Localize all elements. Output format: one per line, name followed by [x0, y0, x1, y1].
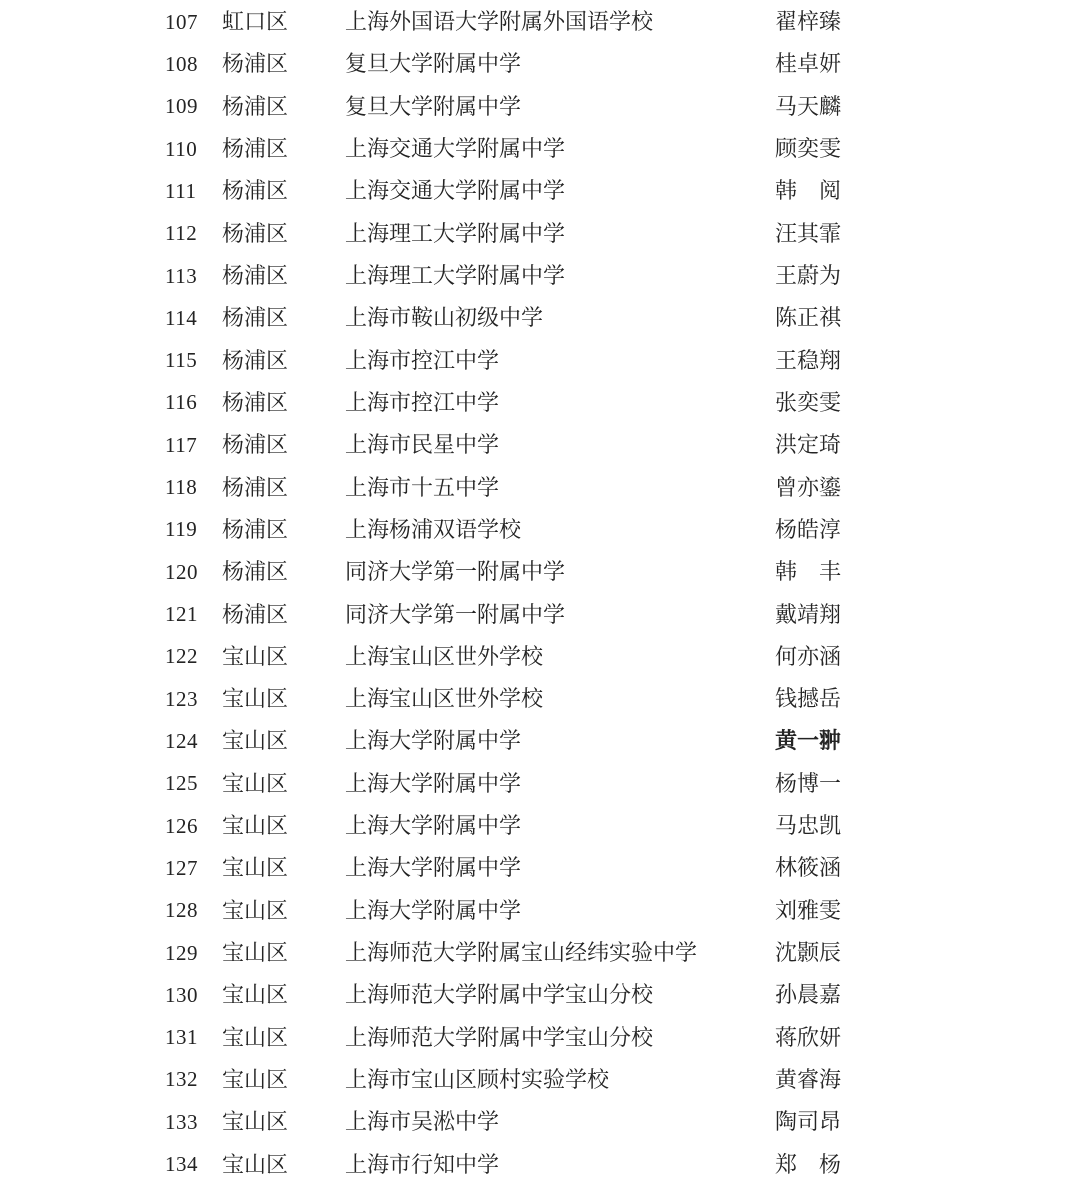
- district-cell: 宝山区: [222, 1027, 345, 1049]
- row-number: 134: [165, 1154, 222, 1175]
- row-number: 116: [165, 392, 222, 413]
- school-cell: 上海交通大学附属中学: [345, 180, 775, 202]
- row-number: 109: [165, 96, 222, 117]
- district-cell: 宝山区: [222, 984, 345, 1006]
- student-name-cell: 孙晨嘉: [775, 984, 867, 1006]
- row-number: 110: [165, 139, 222, 160]
- table-row: 109 杨浦区 复旦大学附属中学 马天麟: [0, 86, 1080, 128]
- district-cell: 宝山区: [222, 688, 345, 710]
- student-name-cell: 曾亦鎏: [775, 477, 867, 499]
- district-cell: 杨浦区: [222, 519, 345, 541]
- table-row: 111 杨浦区 上海交通大学附属中学 韩 阅: [0, 170, 1080, 212]
- row-number: 115: [165, 350, 222, 371]
- district-cell: 宝山区: [222, 1154, 345, 1176]
- row-number: 121: [165, 604, 222, 625]
- table-row: 119 杨浦区 上海杨浦双语学校 杨皓淳: [0, 509, 1080, 551]
- table-row: 120 杨浦区 同济大学第一附属中学 韩 丰: [0, 551, 1080, 593]
- student-name-cell: 汪其霏: [775, 223, 867, 245]
- district-cell: 宝山区: [222, 773, 345, 795]
- table-row: 132 宝山区 上海市宝山区顾村实验学校 黄睿海: [0, 1059, 1080, 1101]
- school-cell: 上海大学附属中学: [345, 900, 775, 922]
- school-cell: 上海交通大学附属中学: [345, 138, 775, 160]
- row-number: 113: [165, 266, 222, 287]
- district-cell: 宝山区: [222, 815, 345, 837]
- row-number: 112: [165, 223, 222, 244]
- district-cell: 虹口区: [222, 11, 345, 33]
- table-row: 125 宝山区 上海大学附属中学 杨博一: [0, 763, 1080, 805]
- student-name-cell: 黄一翀: [775, 730, 867, 752]
- table-row: 129 宝山区 上海师范大学附属宝山经纬实验中学 沈颢辰: [0, 932, 1080, 974]
- row-number: 119: [165, 519, 222, 540]
- table-row: 134 宝山区 上海市行知中学 郑 杨: [0, 1143, 1080, 1185]
- school-cell: 同济大学第一附属中学: [345, 604, 775, 626]
- student-name-cell: 陶司昂: [775, 1111, 867, 1133]
- row-number: 123: [165, 689, 222, 710]
- student-name-cell: 韩 阅: [775, 180, 867, 202]
- table-row: 118 杨浦区 上海市十五中学 曾亦鎏: [0, 466, 1080, 508]
- school-cell: 上海师范大学附属中学宝山分校: [345, 984, 775, 1006]
- table-row: 130 宝山区 上海师范大学附属中学宝山分校 孙晨嘉: [0, 974, 1080, 1016]
- student-name-cell: 王蔚为: [775, 265, 867, 287]
- table-row: 108 杨浦区 复旦大学附属中学 桂卓妍: [0, 43, 1080, 85]
- table-row: 113 杨浦区 上海理工大学附属中学 王蔚为: [0, 255, 1080, 297]
- school-cell: 上海大学附属中学: [345, 730, 775, 752]
- student-name-cell: 翟梓臻: [775, 11, 867, 33]
- row-number: 120: [165, 562, 222, 583]
- table-row: 116 杨浦区 上海市控江中学 张奕雯: [0, 382, 1080, 424]
- school-cell: 上海宝山区世外学校: [345, 646, 775, 668]
- district-cell: 杨浦区: [222, 477, 345, 499]
- district-cell: 杨浦区: [222, 53, 345, 75]
- student-table: 107 虹口区 上海外国语大学附属外国语学校 翟梓臻 108 杨浦区 复旦大学附…: [0, 1, 1080, 1186]
- student-name-cell: 韩 丰: [775, 561, 867, 583]
- student-name-cell: 钱撼岳: [775, 688, 867, 710]
- row-number: 118: [165, 477, 222, 498]
- table-row: 127 宝山区 上海大学附属中学 林筱涵: [0, 847, 1080, 889]
- school-cell: 上海市控江中学: [345, 392, 775, 414]
- school-cell: 上海市吴淞中学: [345, 1111, 775, 1133]
- student-name-cell: 顾奕雯: [775, 138, 867, 160]
- student-name-cell: 王稳翔: [775, 350, 867, 372]
- school-cell: 上海宝山区世外学校: [345, 688, 775, 710]
- district-cell: 杨浦区: [222, 434, 345, 456]
- row-number: 132: [165, 1069, 222, 1090]
- school-cell: 上海大学附属中学: [345, 857, 775, 879]
- student-name-cell: 郑 杨: [775, 1154, 867, 1176]
- district-cell: 杨浦区: [222, 350, 345, 372]
- school-cell: 上海市控江中学: [345, 350, 775, 372]
- table-row: 121 杨浦区 同济大学第一附属中学 戴靖翔: [0, 593, 1080, 635]
- district-cell: 宝山区: [222, 1069, 345, 1091]
- row-number: 125: [165, 773, 222, 794]
- table-row: 126 宝山区 上海大学附属中学 马忠凯: [0, 805, 1080, 847]
- table-row: 110 杨浦区 上海交通大学附属中学 顾奕雯: [0, 128, 1080, 170]
- student-name-cell: 马天麟: [775, 96, 867, 118]
- student-name-cell: 洪定琦: [775, 434, 867, 456]
- district-cell: 杨浦区: [222, 96, 345, 118]
- school-cell: 同济大学第一附属中学: [345, 561, 775, 583]
- district-cell: 杨浦区: [222, 265, 345, 287]
- student-name-cell: 陈正祺: [775, 307, 867, 329]
- student-name-cell: 黄睿海: [775, 1069, 867, 1091]
- row-number: 114: [165, 308, 222, 329]
- district-cell: 宝山区: [222, 900, 345, 922]
- row-number: 133: [165, 1112, 222, 1133]
- school-cell: 上海市行知中学: [345, 1154, 775, 1176]
- table-row: 114 杨浦区 上海市鞍山初级中学 陈正祺: [0, 297, 1080, 339]
- table-row: 112 杨浦区 上海理工大学附属中学 汪其霏: [0, 213, 1080, 255]
- table-row: 115 杨浦区 上海市控江中学 王稳翔: [0, 340, 1080, 382]
- school-cell: 上海师范大学附属宝山经纬实验中学: [345, 942, 775, 964]
- table-row: 123 宝山区 上海宝山区世外学校 钱撼岳: [0, 678, 1080, 720]
- student-name-cell: 张奕雯: [775, 392, 867, 414]
- student-name-cell: 桂卓妍: [775, 53, 867, 75]
- student-name-cell: 何亦涵: [775, 646, 867, 668]
- district-cell: 宝山区: [222, 730, 345, 752]
- school-cell: 上海大学附属中学: [345, 773, 775, 795]
- student-name-cell: 马忠凯: [775, 815, 867, 837]
- table-row: 107 虹口区 上海外国语大学附属外国语学校 翟梓臻: [0, 1, 1080, 43]
- table-row: 131 宝山区 上海师范大学附属中学宝山分校 蒋欣妍: [0, 1017, 1080, 1059]
- row-number: 128: [165, 900, 222, 921]
- row-number: 122: [165, 646, 222, 667]
- table-row: 122 宝山区 上海宝山区世外学校 何亦涵: [0, 636, 1080, 678]
- row-number: 117: [165, 435, 222, 456]
- row-number: 124: [165, 731, 222, 752]
- district-cell: 宝山区: [222, 646, 345, 668]
- school-cell: 上海大学附属中学: [345, 815, 775, 837]
- district-cell: 杨浦区: [222, 604, 345, 626]
- table-row: 124 宝山区 上海大学附属中学 黄一翀: [0, 720, 1080, 762]
- district-cell: 杨浦区: [222, 180, 345, 202]
- row-number: 131: [165, 1027, 222, 1048]
- table-row: 133 宝山区 上海市吴淞中学 陶司昂: [0, 1101, 1080, 1143]
- table-row: 128 宝山区 上海大学附属中学 刘雅雯: [0, 890, 1080, 932]
- school-cell: 上海市鞍山初级中学: [345, 307, 775, 329]
- row-number: 130: [165, 985, 222, 1006]
- school-cell: 上海市十五中学: [345, 477, 775, 499]
- school-cell: 复旦大学附属中学: [345, 53, 775, 75]
- student-name-cell: 沈颢辰: [775, 942, 867, 964]
- school-cell: 上海理工大学附属中学: [345, 223, 775, 245]
- district-cell: 杨浦区: [222, 561, 345, 583]
- school-cell: 上海杨浦双语学校: [345, 519, 775, 541]
- school-cell: 上海师范大学附属中学宝山分校: [345, 1027, 775, 1049]
- row-number: 129: [165, 943, 222, 964]
- student-name-cell: 杨皓淳: [775, 519, 867, 541]
- district-cell: 宝山区: [222, 942, 345, 964]
- student-name-cell: 蒋欣妍: [775, 1027, 867, 1049]
- row-number: 108: [165, 54, 222, 75]
- school-cell: 上海理工大学附属中学: [345, 265, 775, 287]
- row-number: 127: [165, 858, 222, 879]
- row-number: 111: [165, 181, 222, 202]
- row-number: 126: [165, 816, 222, 837]
- student-name-cell: 刘雅雯: [775, 900, 867, 922]
- student-name-cell: 林筱涵: [775, 857, 867, 879]
- district-cell: 杨浦区: [222, 307, 345, 329]
- student-name-cell: 戴靖翔: [775, 604, 867, 626]
- document-page: 107 虹口区 上海外国语大学附属外国语学校 翟梓臻 108 杨浦区 复旦大学附…: [0, 0, 1080, 1198]
- school-cell: 上海外国语大学附属外国语学校: [345, 11, 775, 33]
- student-name-cell: 杨博一: [775, 773, 867, 795]
- district-cell: 杨浦区: [222, 138, 345, 160]
- district-cell: 宝山区: [222, 857, 345, 879]
- school-cell: 上海市宝山区顾村实验学校: [345, 1069, 775, 1091]
- row-number: 107: [165, 12, 222, 33]
- school-cell: 上海市民星中学: [345, 434, 775, 456]
- district-cell: 杨浦区: [222, 392, 345, 414]
- district-cell: 杨浦区: [222, 223, 345, 245]
- table-row: 117 杨浦区 上海市民星中学 洪定琦: [0, 424, 1080, 466]
- district-cell: 宝山区: [222, 1111, 345, 1133]
- school-cell: 复旦大学附属中学: [345, 96, 775, 118]
